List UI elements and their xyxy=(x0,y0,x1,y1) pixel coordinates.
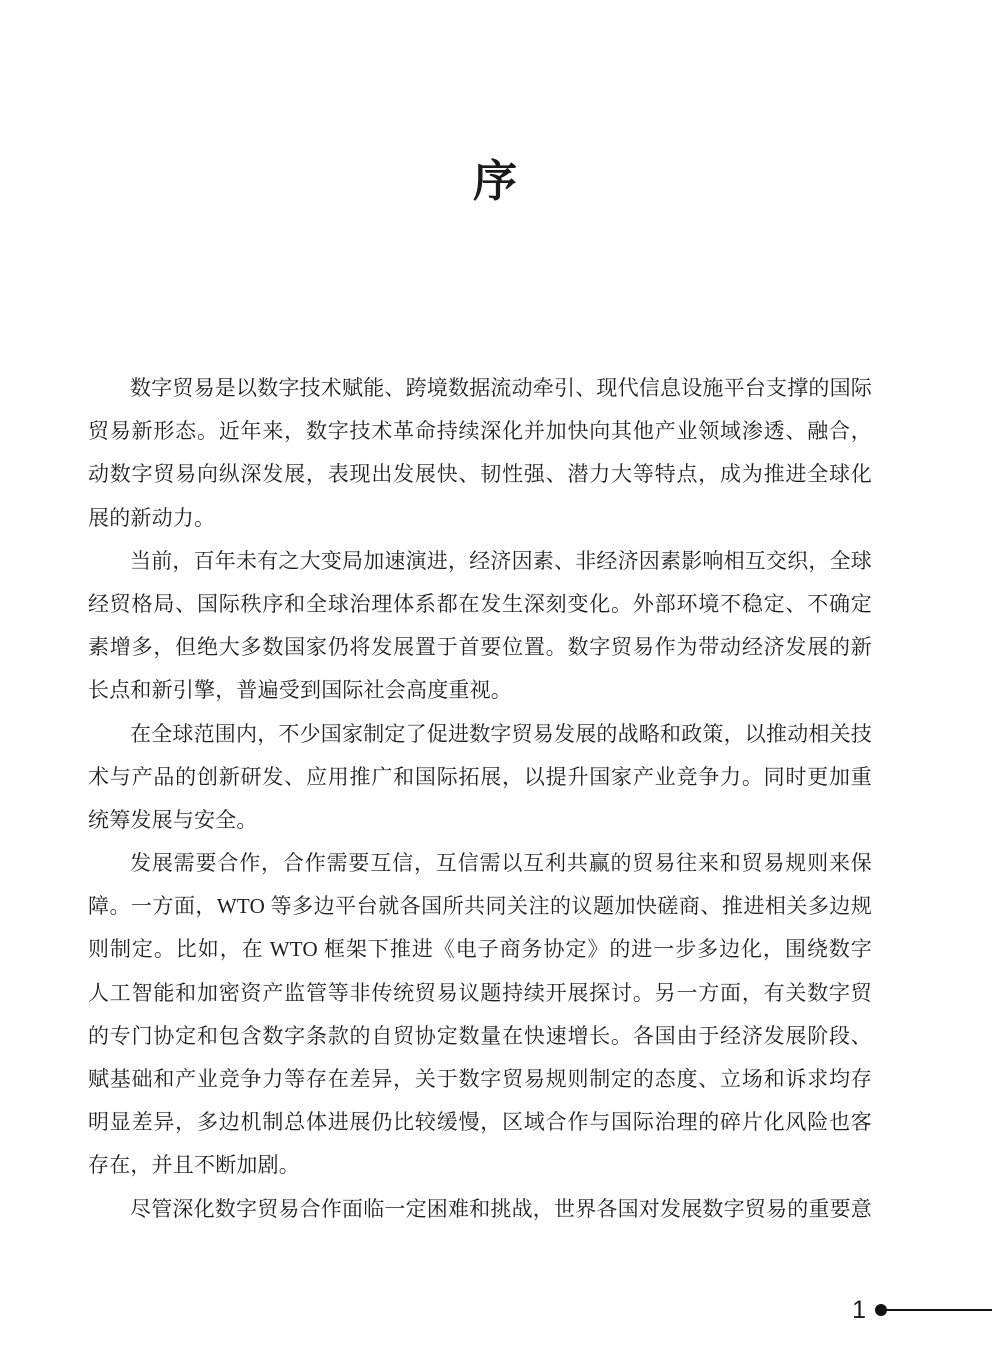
text-line: 的专门协定和包含数字条款的自贸协定数量在快速增长。各国由于经济发展阶段、禀 xyxy=(88,1015,872,1058)
text-line: 发展需要合作，合作需要互信，互信需以互利共赢的贸易往来和贸易规则来保 xyxy=(88,842,872,885)
text-line: 人工智能和加密资产监管等非传统贸易议题持续开展探讨。另一方面，有关数字贸易 xyxy=(88,972,872,1015)
footer: 1 xyxy=(852,1296,992,1324)
page-number: 1 xyxy=(852,1296,866,1324)
text-line: 术与产品的创新研发、应用推广和国际拓展，以提升国家产业竞争力。同时更加重视 xyxy=(88,756,872,799)
text-line: 统筹发展与安全。 xyxy=(88,799,872,842)
text-line: 在全球范围内，不少国家制定了促进数字贸易发展的战略和政策，以推动相关技 xyxy=(88,713,872,756)
text-line: 存在，并且不断加剧。 xyxy=(88,1144,872,1187)
text-line: 赋基础和产业竞争力等存在差异，关于数字贸易规则制定的态度、立场和诉求均存在 xyxy=(88,1058,872,1101)
body-text: 数字贸易是以数字技术赋能、跨境数据流动牵引、现代信息设施平台支撑的国际贸易新形态… xyxy=(88,367,872,1231)
text-line: 动数字贸易向纵深发展，表现出发展快、韧性强、潜力大等特点，成为推进全球化发 xyxy=(88,453,872,496)
text-line: 当前，百年未有之大变局加速演进，经济因素、非经济因素影响相互交织，全球 xyxy=(88,540,872,583)
preface-page: 序 数字贸易是以数字技术赋能、跨境数据流动牵引、现代信息设施平台支撑的国际贸易新… xyxy=(0,0,992,1352)
text-line: 贸易新形态。近年来，数字技术革命持续深化并加快向其他产业领域渗透、融合，带 xyxy=(88,410,872,453)
text-line: 尽管深化数字贸易合作面临一定困难和挑战，世界各国对发展数字贸易的重要意 xyxy=(88,1188,872,1231)
page-title: 序 xyxy=(0,152,992,212)
text-line: 经贸格局、国际秩序和全球治理体系都在发生深刻变化。外部环境不稳定、不确定因 xyxy=(88,583,872,626)
text-line: 素增多，但绝大多数国家仍将发展置于首要位置。数字贸易作为带动经济发展的新增 xyxy=(88,626,872,669)
text-line: 长点和新引擎，普遍受到国际社会高度重视。 xyxy=(88,669,872,712)
text-line: 明显差异，多边机制总体进展仍比较缓慢，区域合作与国际治理的碎片化风险也客观 xyxy=(88,1101,872,1144)
text-line: 展的新动力。 xyxy=(88,497,872,540)
text-line: 障。一方面，WTO 等多边平台就各国所共同关注的议题加快磋商、推进相关多边规 xyxy=(88,885,872,928)
text-line: 数字贸易是以数字技术赋能、跨境数据流动牵引、现代信息设施平台支撑的国际 xyxy=(88,367,872,410)
footer-rule xyxy=(886,1309,992,1311)
text-line: 则制定。比如，在 WTO 框架下推进《电子商务协定》的进一步多边化，围绕数字税、 xyxy=(88,928,872,971)
